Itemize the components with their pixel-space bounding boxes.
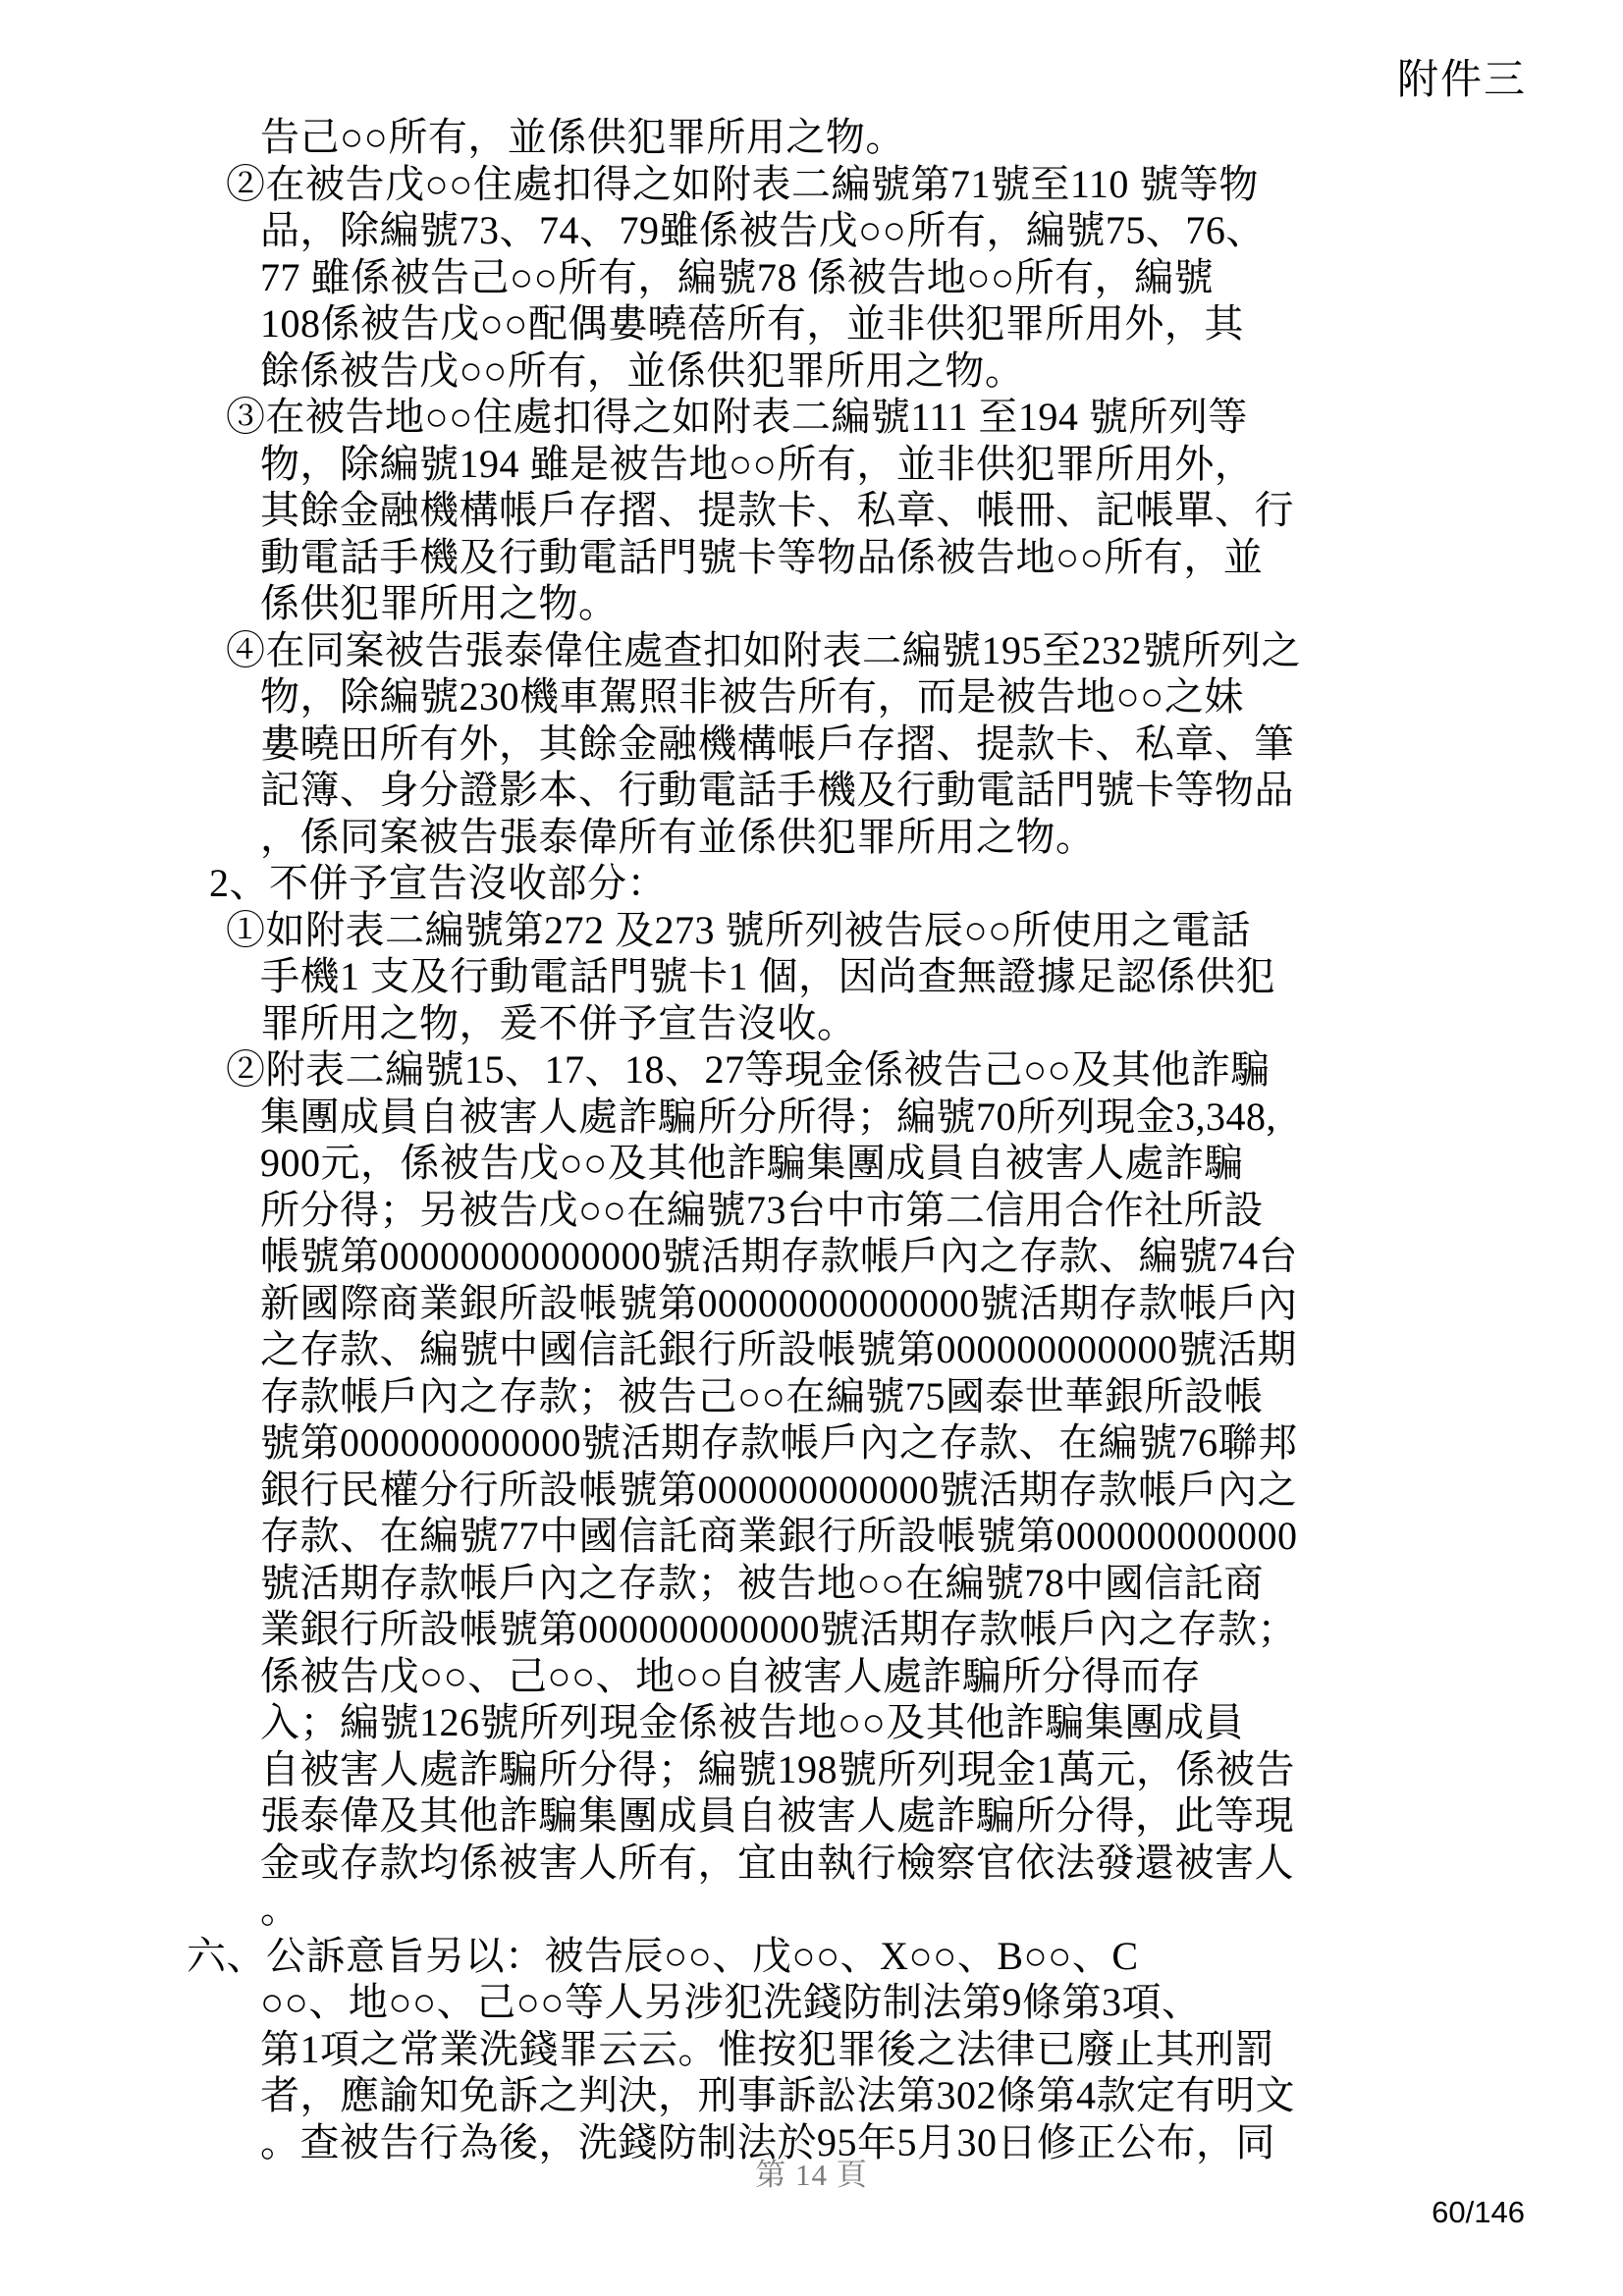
page-number-footer: 第 14 頁 [0, 2150, 1623, 2194]
text-line: 77 雖係被告己○○所有，編號78 係被告地○○所有，編號 [0, 254, 1623, 301]
text-line: 銀行民權分行所設帳號第000000000000號活期存款帳戶內之 [0, 1467, 1623, 1514]
text-line: 告己○○所有，並係供犯罪所用之物。 [0, 114, 1623, 161]
text-line: 品，除編號73、74、79雖係被告戊○○所有，編號75、76、 [0, 207, 1623, 254]
text-line: 自被害人處詐騙所分得；編號198號所列現金1萬元，係被告 [0, 1746, 1623, 1793]
text-line: ②在被告戊○○住處扣得之如附表二編號第71號至110 號等物 [0, 161, 1623, 208]
text-line: 記簿、身分證影本、行動電話手機及行動電話門號卡等物品 [0, 767, 1623, 814]
text-line: 係被告戊○○、己○○、地○○自被害人處詐騙所分得而存 [0, 1653, 1623, 1700]
text-line: 號活期存款帳戶內之存款；被告地○○在編號78中國信託商 [0, 1560, 1623, 1607]
document-body: 告己○○所有，並係供犯罪所用之物。②在被告戊○○住處扣得之如附表二編號第71號至… [0, 114, 1623, 2165]
text-line: 之存款、編號中國信託銀行所設帳號第000000000000號活期 [0, 1326, 1623, 1373]
text-line: 存款、在編號77中國信託商業銀行所設帳號第000000000000 [0, 1513, 1623, 1560]
text-line: 餘係被告戊○○所有，並係供犯罪所用之物。 [0, 347, 1623, 395]
text-line: ，係同案被告張泰偉所有並係供犯罪所用之物。 [0, 814, 1623, 861]
text-line: 第1項之常業洗錢罪云云。惟按犯罪後之法律已廢止其刑罰 [0, 2026, 1623, 2073]
text-line: 存款帳戶內之存款；被告己○○在編號75國泰世華銀所設帳 [0, 1373, 1623, 1420]
text-line: 2、不併予宣告沒收部分： [0, 860, 1623, 907]
text-line: ③在被告地○○住處扣得之如附表二編號111 至194 號所列等 [0, 394, 1623, 441]
text-line: ②附表二編號15、17、18、27等現金係被告己○○及其他詐騙 [0, 1046, 1623, 1094]
text-line: 集團成員自被害人處詐騙所分所得；編號70所列現金3,348, [0, 1094, 1623, 1141]
text-line: 罪所用之物，爰不併予宣告沒收。 [0, 1000, 1623, 1047]
text-line: 業銀行所設帳號第000000000000號活期存款帳戶內之存款； [0, 1606, 1623, 1653]
text-line: ④在同案被告張泰偉住處查扣如附表二編號195至232號所列之 [0, 627, 1623, 674]
text-line: 物，除編號230機車駕照非被告所有，而是被告地○○之妹 [0, 673, 1623, 721]
text-line: 所分得；另被告戊○○在編號73台中市第二信用合作社所設 [0, 1187, 1623, 1234]
text-line: 其餘金融機構帳戶存摺、提款卡、私章、帳冊、記帳單、行 [0, 487, 1623, 534]
pdf-page-counter: 60/146 [1432, 2195, 1525, 2230]
text-line: 婁曉田所有外，其餘金融機構帳戶存摺、提款卡、私章、筆 [0, 721, 1623, 768]
text-line: 物，除編號194 雖是被告地○○所有，並非供犯罪所用外， [0, 441, 1623, 488]
text-line: ○○、地○○、己○○等人另涉犯洗錢防制法第9條第3項、 [0, 1979, 1623, 2026]
text-line: 。 [0, 1886, 1623, 1933]
text-line: 帳號第00000000000000號活期存款帳戶內之存款、編號74台 [0, 1233, 1623, 1280]
text-line: 手機1 支及行動電話門號卡1 個，因尚查無證據足認係供犯 [0, 953, 1623, 1000]
text-line: 900元，係被告戊○○及其他詐騙集團成員自被害人處詐騙 [0, 1140, 1623, 1187]
text-line: 號第000000000000號活期存款帳戶內之存款、在編號76聯邦 [0, 1419, 1623, 1467]
text-line: 者，應諭知免訴之判決，刑事訴訟法第302條第4款定有明文 [0, 2072, 1623, 2119]
text-line: 動電話手機及行動電話門號卡等物品係被告地○○所有，並 [0, 534, 1623, 581]
text-line: 金或存款均係被害人所有，宜由執行檢察官依法發還被害人 [0, 1840, 1623, 1887]
text-line: 新國際商業銀所設帳號第00000000000000號活期存款帳戶內 [0, 1280, 1623, 1327]
text-line: 係供犯罪所用之物。 [0, 580, 1623, 627]
attachment-label: 附件三 [1397, 47, 1527, 106]
text-line: 108係被告戊○○配偶婁曉蓓所有，並非供犯罪所用外，其 [0, 300, 1623, 347]
text-line: 六、公訴意旨另以：被告辰○○、戊○○、X○○、B○○、C [0, 1933, 1623, 1980]
text-line: 張泰偉及其他詐騙集團成員自被害人處詐騙所分得，此等現 [0, 1792, 1623, 1840]
text-line: 入；編號126號所列現金係被告地○○及其他詐騙集團成員 [0, 1699, 1623, 1746]
text-line: ①如附表二編號第272 及273 號所列被告辰○○所使用之電話 [0, 907, 1623, 954]
